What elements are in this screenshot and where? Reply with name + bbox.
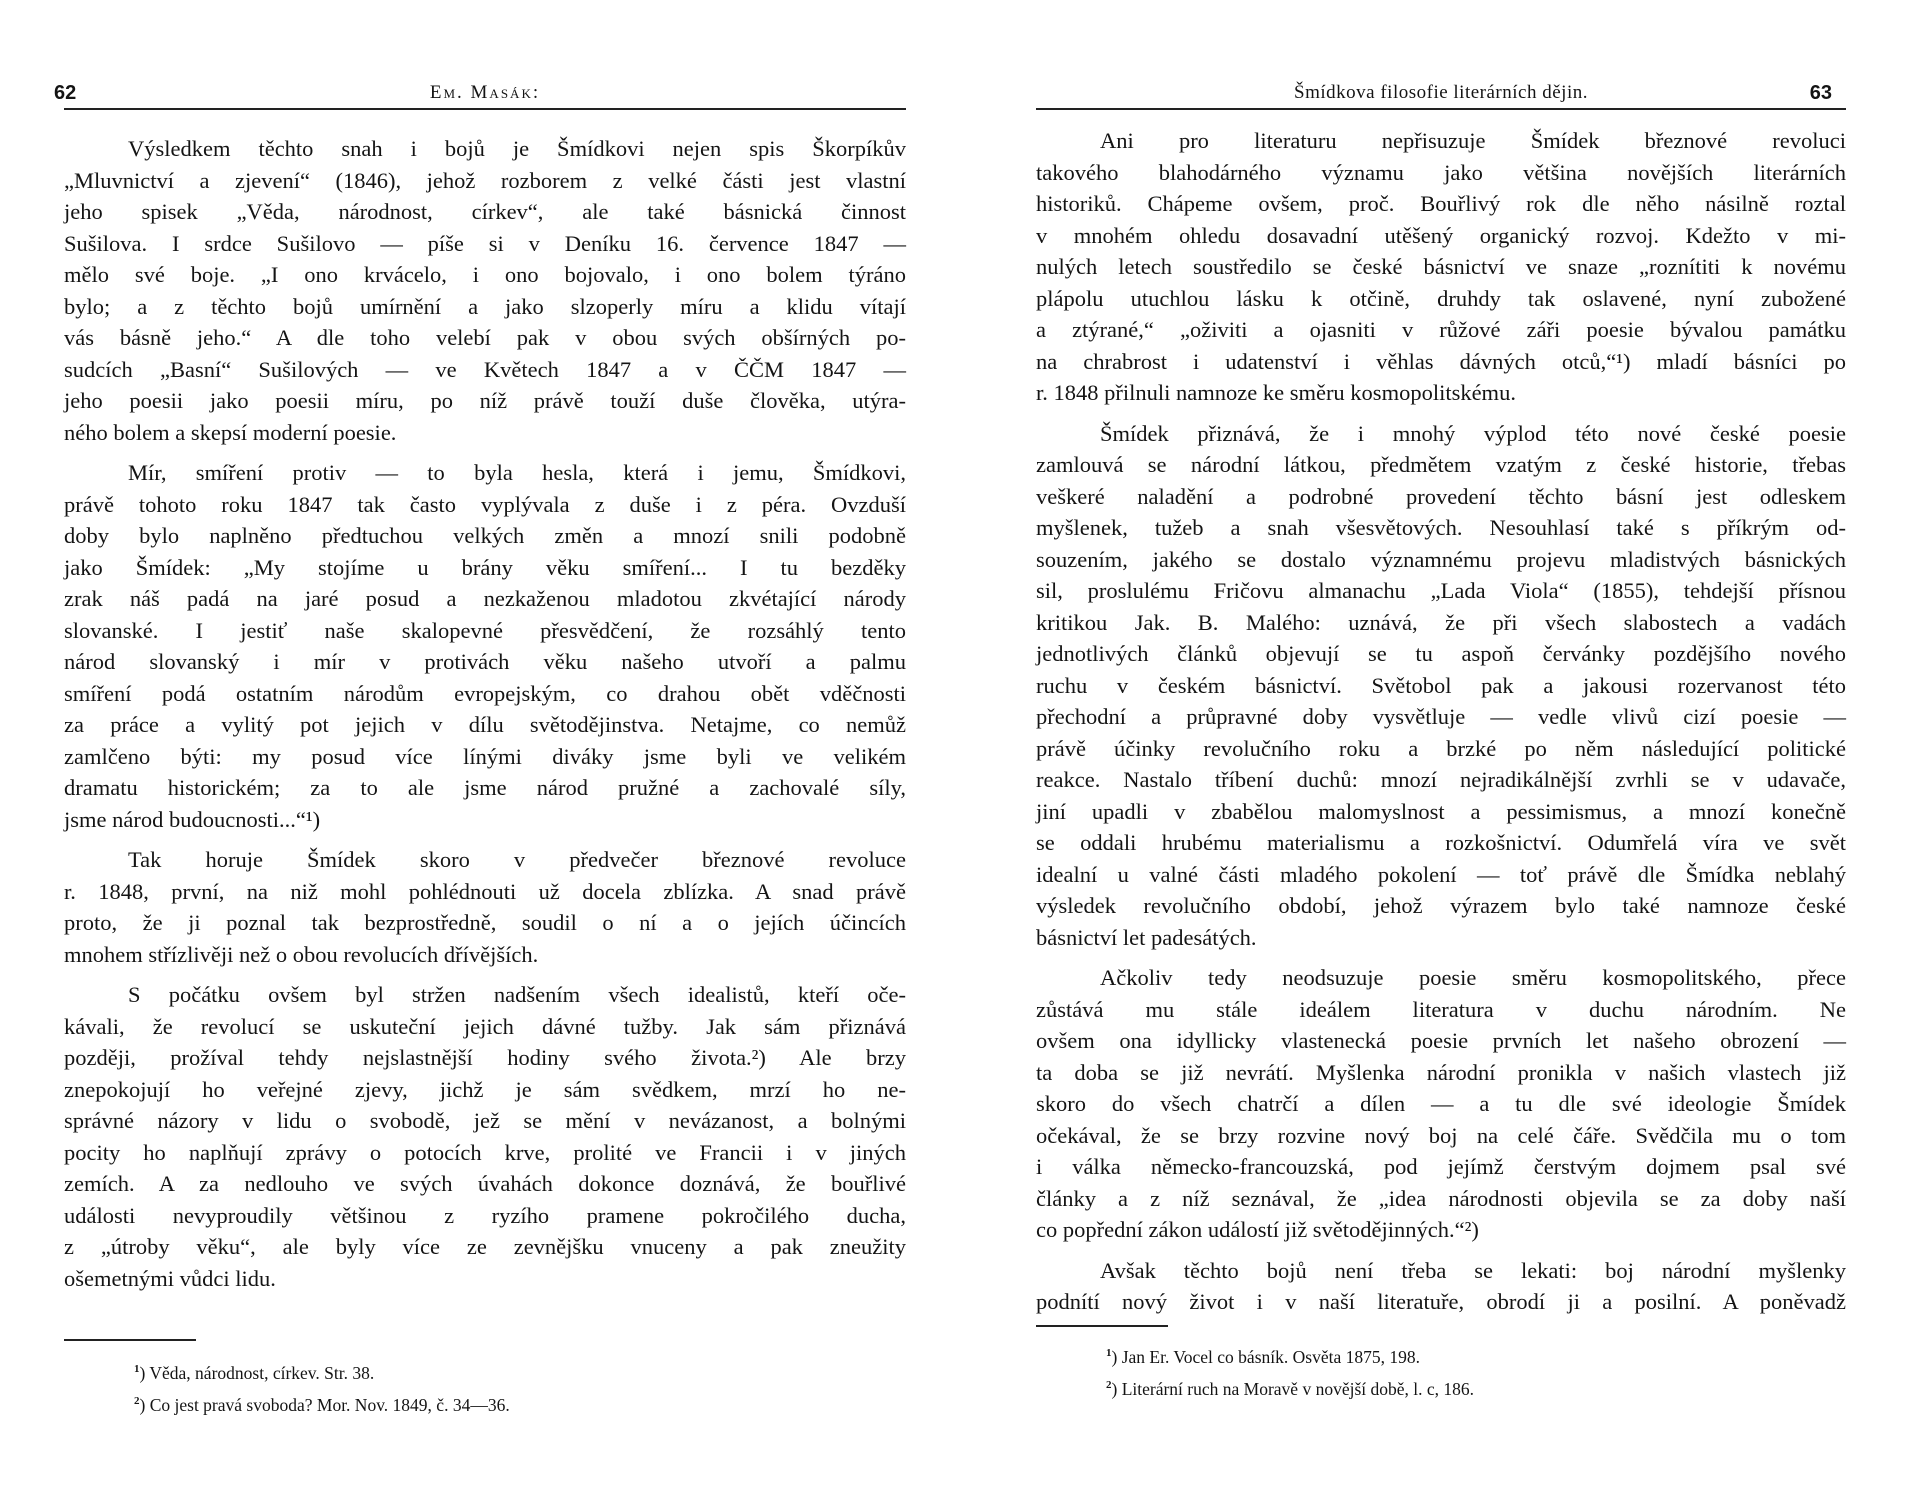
running-head: 62 Em. Masák: <box>64 82 906 110</box>
text-line: správné názory v lidu o svobodě, jež se … <box>64 1105 906 1137</box>
running-head-title: Em. Masák: <box>64 82 906 104</box>
text-line: i válka německo-francouzská, pod jejímž … <box>1036 1151 1846 1183</box>
right-page: Šmídkova filosofie literárních dějin. 63… <box>1036 0 1846 1500</box>
text-line: jako Šmídek: „My stojíme u brány věku sm… <box>64 552 906 584</box>
paragraph: Šmídek přiznává, že i mnohý výplod této … <box>1036 418 1846 954</box>
paragraph-gap <box>1036 1246 1846 1255</box>
text-line: Avšak těchto bojů není třeba se lekati: … <box>1036 1255 1846 1287</box>
text-line: jiní upadli v zbabělou malomyslnost a pe… <box>1036 796 1846 828</box>
paragraph: Ani pro literaturu nepřisuzuje Šmídek bř… <box>1036 125 1846 409</box>
paragraph: Ačkoliv tedy neodsuzuje poesie směru kos… <box>1036 962 1846 1246</box>
header-rule <box>1036 108 1846 110</box>
text-line: ruchu v českém básnictví. Světobol pak a… <box>1036 670 1846 702</box>
body-text: Ani pro literaturu nepřisuzuje Šmídek bř… <box>1036 125 1846 1318</box>
text-line: zrak náš padá na jaré posud a nezkaženou… <box>64 583 906 615</box>
text-line: takového blahodárného významu jako větši… <box>1036 157 1846 189</box>
text-line: veškeré naladění a podrobné provedení tě… <box>1036 481 1846 513</box>
text-line: sil, proslulému Fričovu almanachu „Lada … <box>1036 575 1846 607</box>
text-line: za práce a vylitý pot jejich v dílu svět… <box>64 709 906 741</box>
text-line: ta doba se již nevrátí. Myšlenka národní… <box>1036 1057 1846 1089</box>
footnote-text: ) Literární ruch na Moravě v novější dob… <box>1112 1379 1475 1399</box>
footnote-text: ) Jan Er. Vocel co básník. Osvěta 1875, … <box>1112 1347 1420 1367</box>
footnote-rule <box>64 1339 196 1341</box>
paragraph: Výsledkem těchto snah i bojů je Šmídkovi… <box>64 133 906 448</box>
text-line: a ztýrané,“ „oživiti a ojasniti v růžové… <box>1036 314 1846 346</box>
text-line: přechodní a průpravné doby vysvětluje — … <box>1036 701 1846 733</box>
text-line: zamlčeno býti: my posud více línými divá… <box>64 741 906 773</box>
text-line: Ani pro literaturu nepřisuzuje Šmídek bř… <box>1036 125 1846 157</box>
text-line: doby bylo naplněno předtuchou velkých zm… <box>64 520 906 552</box>
text-line: plápolu utuchlou lásku k otčině, druhdy … <box>1036 283 1846 315</box>
paragraph-gap <box>64 970 906 979</box>
text-line: jeho poesii jako poesii míru, po níž prá… <box>64 385 906 417</box>
text-line: právě účinky revolučního roku a brzké po… <box>1036 733 1846 765</box>
text-line: S počátku ovšem byl stržen nadšením všec… <box>64 979 906 1011</box>
text-line: Tak horuje Šmídek skoro v předvečer břez… <box>64 844 906 876</box>
paragraph-gap <box>64 835 906 844</box>
text-line: Výsledkem těchto snah i bojů je Šmídkovi… <box>64 133 906 165</box>
text-line: historiků. Chápeme ovšem, proč. Bouřlivý… <box>1036 188 1846 220</box>
text-line: z „útroby věku“, ale byly více ze zevněj… <box>64 1231 906 1263</box>
text-line: mělo své boje. „I ono krvácelo, i ono bo… <box>64 259 906 291</box>
text-line: r. 1848 přilnuli namnoze ke směru kosmop… <box>1036 377 1846 409</box>
header-rule <box>64 108 906 110</box>
running-head-title: Šmídkova filosofie literárních dějin. <box>1036 82 1846 104</box>
left-page: 62 Em. Masák: Výsledkem těchto snah i bo… <box>64 0 906 1500</box>
text-line: sudcích „Basní“ Sušilových — ve Květech … <box>64 354 906 386</box>
text-line: ovšem ona idyllicky vlastenecká poesie p… <box>1036 1025 1846 1057</box>
text-line: Ačkoliv tedy neodsuzuje poesie směru kos… <box>1036 962 1846 994</box>
text-line: později, prožíval tehdy nejslastnější ho… <box>64 1042 906 1074</box>
text-line: souzením, jakého se dostalo významnému p… <box>1036 544 1846 576</box>
text-line: r. 1848, první, na niž mohl pohlédnouti … <box>64 876 906 908</box>
footnote: 2) Co jest pravá svoboda? Mor. Nov. 1849… <box>134 1387 510 1419</box>
text-line: zůstává mu stále ideálem literatura v du… <box>1036 994 1846 1026</box>
text-line: události nevyproudily většinou z ryzího … <box>64 1200 906 1232</box>
text-line: ného bolem a skepsí moderní poesie. <box>64 417 906 449</box>
text-line: dramatu historickém; za to ale jsme náro… <box>64 772 906 804</box>
text-line: reakce. Nastalo tříbení duchů: mnozí nej… <box>1036 764 1846 796</box>
footnote-rule <box>1036 1325 1168 1327</box>
text-line: Sušilova. I srdce Sušilovo — píše si v D… <box>64 228 906 260</box>
body-text: Výsledkem těchto snah i bojů je Šmídkovi… <box>64 133 906 1294</box>
running-head: Šmídkova filosofie literárních dějin. 63 <box>1036 82 1846 110</box>
footnote-text: ) Věda, národnost, církev. Str. 38. <box>140 1363 375 1383</box>
text-line: zemích. A za nedlouho ve svých úvahách d… <box>64 1168 906 1200</box>
text-line: právě tohoto roku 1847 tak často vyplýva… <box>64 489 906 521</box>
footnote: 1) Věda, národnost, církev. Str. 38. <box>134 1355 510 1387</box>
text-line: očekával, že se brzy rozvine nový boj na… <box>1036 1120 1846 1152</box>
footnote-text: ) Co jest pravá svoboda? Mor. Nov. 1849,… <box>140 1395 510 1415</box>
text-line: idealní u valné části mladého pokolení —… <box>1036 859 1846 891</box>
text-line: pocity ho naplňují zprávy o potocích krv… <box>64 1137 906 1169</box>
text-line: mnohem střízlivěji než o obou revolucích… <box>64 939 906 971</box>
text-line: znepokojují ho veřejné zjevy, jichž je s… <box>64 1074 906 1106</box>
text-line: ošemetnými vůdci lidu. <box>64 1263 906 1295</box>
paragraph: Mír, smíření protiv — to byla hesla, kte… <box>64 457 906 835</box>
text-line: jsme národ budoucnosti...“¹) <box>64 804 906 836</box>
footnote: 2) Literární ruch na Moravě v novější do… <box>1106 1371 1474 1403</box>
text-line: „Mluvnictví a zjevení“ (1846), jehož roz… <box>64 165 906 197</box>
text-line: národ slovanský i mír v protivách věku n… <box>64 646 906 678</box>
text-line: proto, že ji poznal tak bezprostředně, s… <box>64 907 906 939</box>
text-line: básnictví let padesátých. <box>1036 922 1846 954</box>
text-line: Šmídek přiznává, že i mnohý výplod této … <box>1036 418 1846 450</box>
footnote: 1) Jan Er. Vocel co básník. Osvěta 1875,… <box>1106 1339 1474 1371</box>
text-line: skoro do všech chatrčí a dílen — a tu dl… <box>1036 1088 1846 1120</box>
text-line: co popřední zákon událostí již světoději… <box>1036 1214 1846 1246</box>
paragraph-gap <box>64 448 906 457</box>
page-number: 63 <box>1810 82 1832 105</box>
text-line: zamlouvá se národní látkou, předmětem vz… <box>1036 449 1846 481</box>
paragraph: Avšak těchto bojů není třeba se lekati: … <box>1036 1255 1846 1318</box>
paragraph-gap <box>1036 409 1846 418</box>
text-line: bylo; a z těchto bojů umírnění a jako sl… <box>64 291 906 323</box>
text-line: myšlenek, tužeb a snah všesvětových. Nes… <box>1036 512 1846 544</box>
text-line: v mnohém ohledu dosavadní utěšený organi… <box>1036 220 1846 252</box>
text-line: nulých letech soustředilo se české básni… <box>1036 251 1846 283</box>
text-line: jednotlivých článků objevují se tu aspoň… <box>1036 638 1846 670</box>
text-line: jeho spisek „Věda, národnost, církev“, a… <box>64 196 906 228</box>
text-line: kávali, že revolucí se uskuteční jejich … <box>64 1011 906 1043</box>
footnotes: 1) Jan Er. Vocel co básník. Osvěta 1875,… <box>1106 1339 1474 1403</box>
text-line: smíření podá ostatním národům evropejský… <box>64 678 906 710</box>
footnotes: 1) Věda, národnost, církev. Str. 38.2) C… <box>134 1355 510 1419</box>
text-line: kritikou Jak. B. Malého: uznává, že při … <box>1036 607 1846 639</box>
paragraph: Tak horuje Šmídek skoro v předvečer břez… <box>64 844 906 970</box>
text-line: články a z níž seznával, že „idea národn… <box>1036 1183 1846 1215</box>
text-line: slovanské. I jestiť naše skalopevné přes… <box>64 615 906 647</box>
paragraph-gap <box>1036 953 1846 962</box>
text-line: na chrabrost i udatenství i věhlas dávný… <box>1036 346 1846 378</box>
text-line: se oddali hrubému materialismu a rozkošn… <box>1036 827 1846 859</box>
text-line: vás básně jeho.“ A dle toho velebí pak v… <box>64 322 906 354</box>
text-line: podnítí nový život i v naší literatuře, … <box>1036 1286 1846 1318</box>
text-line: výsledek revolučního období, jehož výraz… <box>1036 890 1846 922</box>
paragraph: S počátku ovšem byl stržen nadšením všec… <box>64 979 906 1294</box>
text-line: Mír, smíření protiv — to byla hesla, kte… <box>64 457 906 489</box>
